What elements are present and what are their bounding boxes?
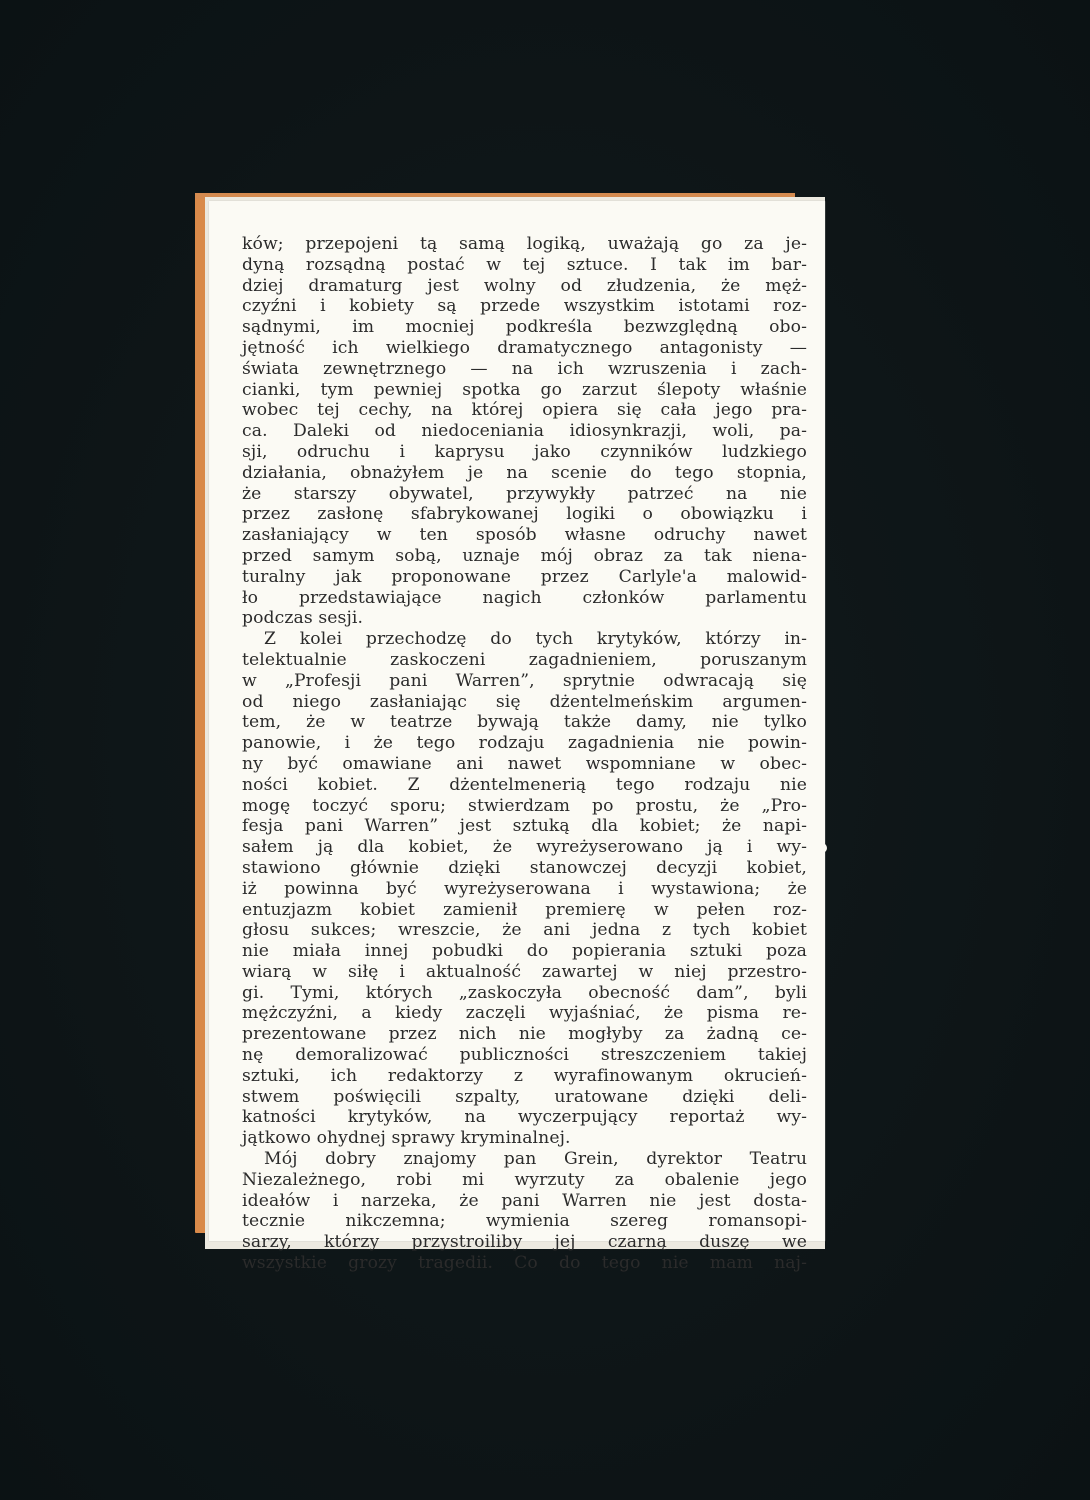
text-line: gi. Tymi, których „zaskoczyła obecność d… [242,983,807,1004]
text-line: ny być omawiane ani nawet wspomniane w o… [242,754,807,775]
text-line: głosu sukces; wreszcie, że ani jedna z t… [242,920,807,941]
text-line: działania, obnażyłem je na scenie do teg… [242,463,807,484]
text-line: ków; przepojeni tą samą logiką, uważają … [242,234,807,255]
text-line: iż powinna być wyreżyserowana i wystawio… [242,879,807,900]
page: ków; przepojeni tą samą logiką, uważają … [209,201,825,1241]
paper-tear [817,843,827,853]
text-line: Niezależnego, robi mi wyrzuty za obaleni… [242,1170,807,1191]
text-line: sałem ją dla kobiet, że wyreżyserowano j… [242,837,807,858]
text-line: katności krytyków, na wyczerpujący repor… [242,1107,807,1128]
text-line: wobec tej cechy, na której opiera się ca… [242,400,807,421]
text-line: Mój dobry znajomy pan Grein, dyrektor Te… [242,1149,807,1170]
text-line: wiarą w siłę i aktualność zawartej w nie… [242,962,807,983]
text-line: cianki, tym pewniej spotka go zarzut śle… [242,380,807,401]
text-line: przed samym sobą, uznaje mój obraz za ta… [242,546,807,567]
text-line: mężczyźni, a kiedy zaczęli wyjaśniać, że… [242,1003,807,1024]
text-line: nie miała innej pobudki do popierania sz… [242,941,807,962]
text-line: dziej dramaturg jest wolny od złudzenia,… [242,276,807,297]
text-line: czyźni i kobiety są przede wszystkim ist… [242,296,807,317]
body-text: ków; przepojeni tą samą logiką, uważają … [242,234,807,1274]
text-line: entuzjazm kobiet zamienił premierę w peł… [242,900,807,921]
text-line: mogę toczyć sporu; stwierdzam po prostu,… [242,796,807,817]
text-line: od niego zasłaniając się dżentelmeńskim … [242,692,807,713]
text-line: dyną rozsądną postać w tej sztuce. I tak… [242,255,807,276]
text-line: przez zasłonę sfabrykowanej logiki o obo… [242,504,807,525]
text-line: nę demoralizować publiczności streszczen… [242,1045,807,1066]
text-line: ło przedstawiające nagich członków parla… [242,588,807,609]
text-line: stawiono głównie dzięki stanowczej decyz… [242,858,807,879]
text-line: ca. Daleki od niedoceniania idiosynkrazj… [242,421,807,442]
text-line: wszystkie grozy tragedii. Co do tego nie… [242,1253,807,1274]
text-line: ności kobiet. Z dżentelmenerią tego rodz… [242,775,807,796]
text-line: telektualnie zaskoczeni zagadnieniem, po… [242,650,807,671]
text-line: jątkowo ohydnej sprawy kryminalnej. [242,1128,807,1149]
text-line: prezentowane przez nich nie mogłyby za ż… [242,1024,807,1045]
text-line: w „Profesji pani Warren”, sprytnie odwra… [242,671,807,692]
text-line: podczas sesji. [242,608,807,629]
text-line: sądnymi, im mocniej podkreśla bezwzględn… [242,317,807,338]
text-line: ideałów i narzeka, że pani Warren nie je… [242,1191,807,1212]
text-line: Z kolei przechodzę do tych krytyków, któ… [242,629,807,650]
text-line: zasłaniający w ten sposób własne odruchy… [242,525,807,546]
text-line: sji, odruchu i kaprysu jako czynników lu… [242,442,807,463]
text-line: sztuki, ich redaktorzy z wyrafinowanym o… [242,1066,807,1087]
text-line: że starszy obywatel, przywykły patrzeć n… [242,484,807,505]
text-line: świata zewnętrznego — na ich wzruszenia … [242,359,807,380]
text-line: turalny jak proponowane przez Carlyle'a … [242,567,807,588]
text-line: sarzy, którzy przystroiliby jej czarną d… [242,1232,807,1253]
text-line: jętność ich wielkiego dramatycznego anta… [242,338,807,359]
text-line: tecznie nikczemna; wymienia szereg roman… [242,1211,807,1232]
text-line: tem, że w teatrze bywają także damy, nie… [242,712,807,733]
booklet: ków; przepojeni tą samą logiką, uważają … [195,193,832,1251]
text-line: panowie, i że tego rodzaju zagadnienia n… [242,733,807,754]
text-line: fesja pani Warren” jest sztuką dla kobie… [242,816,807,837]
text-line: stwem poświęcili szpalty, uratowane dzię… [242,1087,807,1108]
